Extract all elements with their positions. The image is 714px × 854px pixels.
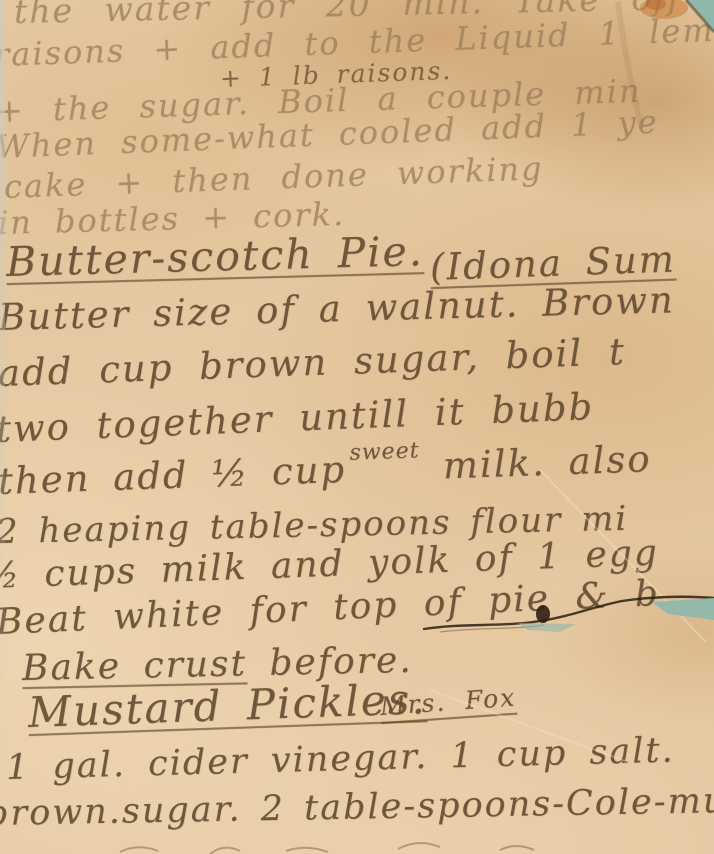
crack-dark-blob bbox=[536, 605, 550, 623]
left-paper-edge bbox=[0, 0, 5, 854]
corner-tear-shadow bbox=[686, 0, 714, 32]
backing-teal-corner bbox=[686, 0, 714, 32]
faded-line-4: When some-what cooled add 1 ye bbox=[0, 103, 659, 166]
bake-crust-note: Bake crust before. bbox=[22, 640, 414, 689]
butterscotch-line-3: two together untill it bubb bbox=[0, 385, 595, 451]
handwritten-recipe-page: the water for 20 min. Take off raisons +… bbox=[0, 0, 714, 854]
backing-teal-sliver bbox=[518, 623, 576, 632]
mustard-line-1: 1 gal. cider vinegar. 1 cup salt. bbox=[5, 730, 675, 787]
crease-line-2 bbox=[430, 690, 628, 762]
butterscotch-pie-attribution: (Idona Sum bbox=[429, 237, 676, 289]
stain-orange-core bbox=[646, 0, 666, 10]
line-4-post: milk. also bbox=[442, 437, 652, 487]
faded-line-1: the water for 20 min. Take off bbox=[14, 0, 683, 31]
attribution-text: (Idona Sum bbox=[429, 237, 676, 289]
butterscotch-line-5: 2 heaping table-spoons flour mi bbox=[0, 499, 629, 552]
faded-line-6: in bottles + cork. bbox=[0, 195, 346, 242]
backing-teal-patch bbox=[652, 598, 714, 620]
stain-orange bbox=[640, 0, 688, 19]
recipe-title-butterscotch-pie: Butter-scotch Pie. bbox=[5, 227, 424, 286]
attribution-mrs-fox: Mrs. Fox bbox=[379, 683, 517, 721]
butterscotch-line-6: ½ cups milk and yolk of 1 egg bbox=[0, 532, 659, 597]
bottom-partial-strokes bbox=[120, 843, 534, 854]
recipe-title-mustard-pickles: Mustard Pickles. bbox=[27, 674, 427, 737]
butterscotch-line-4: then add ½ cupsweet milk. also bbox=[0, 437, 652, 503]
paper-damage-overlay bbox=[0, 0, 714, 854]
paper-tear-crack-echo bbox=[440, 625, 544, 632]
bake-crust-rest: before. bbox=[247, 640, 414, 684]
paper-tear-crack bbox=[424, 597, 714, 629]
butterscotch-line-1: Butter size of a walnut. Brown bbox=[0, 278, 675, 339]
mustard-line-2: brown.sugar. 2 table-spoons-Cole-mu bbox=[0, 781, 714, 834]
sweet-insertion: sweet bbox=[349, 438, 420, 465]
crease-line-3 bbox=[618, 2, 642, 128]
mustard-pickles-title-row: Mustard Pickles. bbox=[27, 674, 427, 737]
butterscotch-pie-title-row: Butter-scotch Pie. bbox=[5, 227, 424, 286]
mustard-pickles-attribution: Mrs. Fox bbox=[379, 683, 517, 721]
faded-line-5: cake + then done working bbox=[3, 149, 544, 206]
faded-line-2: raisons + add to the Liquid 1 lem bbox=[0, 11, 714, 74]
faded-line-3: + the sugar. Boil a couple min bbox=[0, 72, 642, 130]
butterscotch-line-2: add cup brown sugar, boil t bbox=[0, 330, 626, 395]
bake-crust-underlined: Bake crust bbox=[22, 643, 248, 689]
line-4-pre: then add ½ cup bbox=[0, 448, 347, 503]
crease-line-1 bbox=[540, 470, 706, 642]
faded-insertion-raisons: + 1 lb raisons. bbox=[219, 56, 452, 93]
butterscotch-line-7: Beat white for top of pie & b bbox=[0, 573, 661, 643]
